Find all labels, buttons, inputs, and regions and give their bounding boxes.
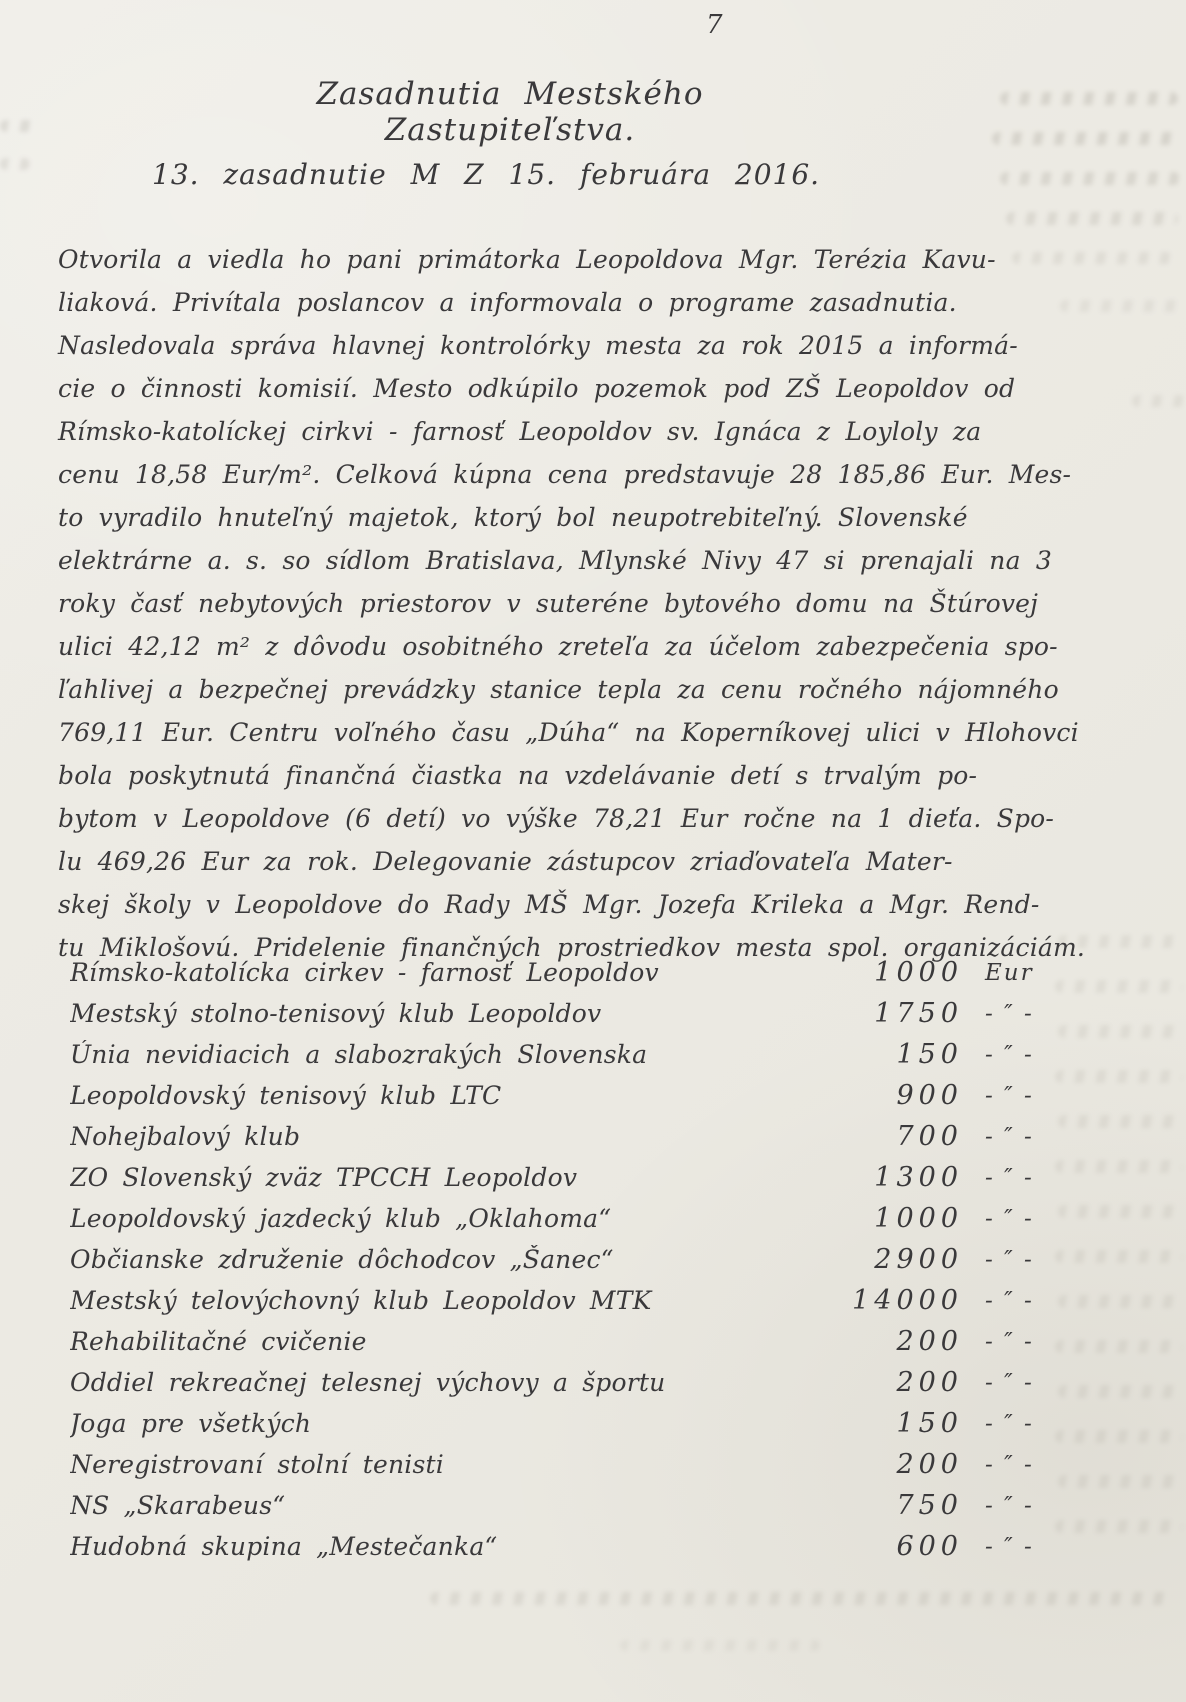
organization-name: Mestský stolno-tenisový klub Leopoldov: [70, 999, 828, 1028]
allocation-row: Rímsko-katolícka cirkev - farnosť Leopol…: [70, 952, 1048, 993]
allocation-amount: 2900: [828, 1244, 963, 1275]
bleed-through-ghost-line: [1132, 395, 1186, 407]
allocation-amount: 200: [828, 1367, 963, 1398]
page-number: 7: [706, 10, 724, 40]
allocation-unit: - ″ -: [963, 1165, 1048, 1191]
allocation-unit: - ″ -: [963, 1534, 1048, 1560]
body-line: ulici 42,12 m² z dôvodu osobitného zrete…: [58, 625, 1043, 668]
bleed-through-ghost-line: [0, 158, 30, 170]
body-line: to vyradilo hnuteľný majetok, ktorý bol …: [58, 496, 1043, 539]
organization-name: Rímsko-katolícka cirkev - farnosť Leopol…: [70, 958, 828, 987]
body-line: lu 469,26 Eur za rok. Delegovanie zástup…: [58, 840, 1043, 883]
allocation-amount: 200: [828, 1326, 963, 1357]
allocation-unit: - ″ -: [963, 1370, 1048, 1396]
body-line: cie o činnosti komisií. Mesto odkúpilo p…: [58, 367, 1043, 410]
scanned-handwritten-page: 7 Zasadnutia Mestského Zastupiteľstva. 1…: [0, 0, 1186, 1702]
body-line: Nasledovala správa hlavnej kontrolórky m…: [58, 324, 1043, 367]
allocation-unit: - ″ -: [963, 1001, 1048, 1027]
bleed-through-ghost-line: [1058, 1475, 1182, 1488]
allocation-unit: - ″ -: [963, 1452, 1048, 1478]
bleed-through-ghost-line: [620, 1640, 820, 1651]
allocation-unit: - ″ -: [963, 1411, 1048, 1437]
bleed-through-ghost-line: [1055, 1520, 1183, 1533]
bleed-through-ghost-line: [1055, 1250, 1183, 1263]
allocation-unit: - ″ -: [963, 1042, 1048, 1068]
allocation-amount: 14000: [828, 1285, 963, 1316]
body-line: bytom v Leopoldove (6 detí) vo výške 78,…: [58, 797, 1043, 840]
allocation-amount: 600: [828, 1531, 963, 1562]
organization-name: Neregistrovaní stolní tenisti: [70, 1450, 828, 1479]
organization-name: Hudobná skupina „Mestečanka“: [70, 1532, 828, 1561]
allocation-row: Oddiel rekreačnej telesnej výchovy a špo…: [70, 1362, 1048, 1403]
bleed-through-ghost-line: [1055, 980, 1183, 993]
body-line: roky časť nebytových priestorov v suteré…: [58, 582, 1043, 625]
body-line: skej školy v Leopoldove do Rady MŠ Mgr. …: [58, 883, 1043, 926]
body-line: ľahlivej a bezpečnej prevádzky stanice t…: [58, 668, 1043, 711]
bleed-through-ghost-line: [1058, 1385, 1182, 1398]
allocation-unit: - ″ -: [963, 1247, 1048, 1273]
bleed-through-ghost-line: [430, 1592, 1170, 1605]
allocation-unit: - ″ -: [963, 1288, 1048, 1314]
allocation-row: Joga pre všetkých 150 - ″ -: [70, 1403, 1048, 1444]
organization-name: Nohejbalový klub: [70, 1122, 828, 1151]
organization-name: NS „Skarabeus“: [70, 1491, 828, 1520]
allocation-row: Únia nevidiacich a slabozrakých Slovensk…: [70, 1034, 1048, 1075]
allocation-unit: - ″ -: [963, 1493, 1048, 1519]
organization-name: Rehabilitačné cvičenie: [70, 1327, 828, 1356]
allocation-row: Leopoldovský jazdecký klub „Oklahoma“ 10…: [70, 1198, 1048, 1239]
allocations-list: Rímsko-katolícka cirkev - farnosť Leopol…: [70, 952, 1048, 1567]
body-line: bola poskytnutá finančná čiastka na vzde…: [58, 754, 1043, 797]
allocation-amount: 1300: [828, 1162, 963, 1193]
bleed-through-ghost-line: [1000, 172, 1180, 185]
allocation-amount: 150: [828, 1408, 963, 1439]
body-line: liaková. Privítala poslancov a informova…: [58, 281, 1043, 324]
bleed-through-ghost-line: [1055, 1430, 1183, 1443]
organization-name: Mestský telovýchovný klub Leopoldov MTK: [70, 1286, 828, 1315]
bleed-through-ghost-line: [1055, 1160, 1183, 1173]
bleed-through-ghost-line: [992, 132, 1178, 145]
allocation-amount: 700: [828, 1121, 963, 1152]
allocation-unit: - ″ -: [963, 1083, 1048, 1109]
allocation-row: Mestský stolno-tenisový klub Leopoldov 1…: [70, 993, 1048, 1034]
organization-name: Joga pre všetkých: [70, 1409, 828, 1438]
organization-name: Leopoldovský tenisový klub LTC: [70, 1081, 828, 1110]
body-line: Otvorila a viedla ho pani primátorka Leo…: [58, 238, 1043, 281]
bleed-through-ghost-line: [0, 120, 34, 132]
allocation-row: NS „Skarabeus“ 750 - ″ -: [70, 1485, 1048, 1526]
bleed-through-ghost-line: [1058, 1205, 1182, 1218]
minutes-paragraph: Otvorila a viedla ho pani primátorka Leo…: [58, 238, 1043, 969]
organization-name: ZO Slovenský zväz TPCCH Leopoldov: [70, 1163, 828, 1192]
bleed-through-ghost-line: [1055, 1340, 1183, 1353]
allocation-unit: - ″ -: [963, 1124, 1048, 1150]
bleed-through-ghost-line: [1000, 92, 1178, 105]
allocation-amount: 750: [828, 1490, 963, 1521]
allocation-row: Neregistrovaní stolní tenisti 200 - ″ -: [70, 1444, 1048, 1485]
allocation-unit: Eur: [963, 960, 1048, 986]
allocation-row: Mestský telovýchovný klub Leopoldov MTK …: [70, 1280, 1048, 1321]
organization-name: Leopoldovský jazdecký klub „Oklahoma“: [70, 1204, 828, 1233]
allocation-amount: 900: [828, 1080, 963, 1111]
bleed-through-ghost-line: [1006, 212, 1178, 225]
allocation-row: Hudobná skupina „Mestečanka“ 600 - ″ -: [70, 1526, 1048, 1567]
organization-name: Únia nevidiacich a slabozrakých Slovensk…: [70, 1040, 828, 1069]
bleed-through-ghost-line: [1060, 300, 1180, 312]
allocation-unit: - ″ -: [963, 1329, 1048, 1355]
body-line: Rímsko-katolíckej cirkvi - farnosť Leopo…: [58, 410, 1043, 453]
allocation-row: Leopoldovský tenisový klub LTC 900 - ″ -: [70, 1075, 1048, 1116]
bleed-through-ghost-line: [1058, 1295, 1182, 1308]
allocation-unit: - ″ -: [963, 1206, 1048, 1232]
body-line: 769,11 Eur. Centru voľného času „Dúha“ n…: [58, 711, 1043, 754]
organization-name: Občianske združenie dôchodcov „Šanec“: [70, 1245, 828, 1274]
allocation-amount: 1000: [828, 957, 963, 988]
allocation-amount: 200: [828, 1449, 963, 1480]
allocation-amount: 1750: [828, 998, 963, 1029]
allocation-row: Rehabilitačné cvičenie 200 - ″ -: [70, 1321, 1048, 1362]
bleed-through-ghost-line: [1058, 1115, 1182, 1128]
bleed-through-ghost-line: [1055, 1070, 1183, 1083]
bleed-through-ghost-line: [1058, 1025, 1182, 1038]
allocation-row: Nohejbalový klub 700 - ″ -: [70, 1116, 1048, 1157]
body-line: cenu 18,58 Eur/m². Celková kúpna cena pr…: [58, 453, 1043, 496]
organization-name: Oddiel rekreačnej telesnej výchovy a špo…: [70, 1368, 828, 1397]
allocation-row: ZO Slovenský zväz TPCCH Leopoldov 1300 -…: [70, 1157, 1048, 1198]
session-heading: 13. zasadnutie M Z 15. februára 2016.: [152, 158, 820, 191]
allocation-amount: 1000: [828, 1203, 963, 1234]
allocation-row: Občianske združenie dôchodcov „Šanec“ 29…: [70, 1239, 1048, 1280]
allocation-amount: 150: [828, 1039, 963, 1070]
document-title: Zasadnutia Mestského Zastupiteľstva.: [190, 76, 830, 148]
body-line: elektrárne a. s. so sídlom Bratislava, M…: [58, 539, 1043, 582]
